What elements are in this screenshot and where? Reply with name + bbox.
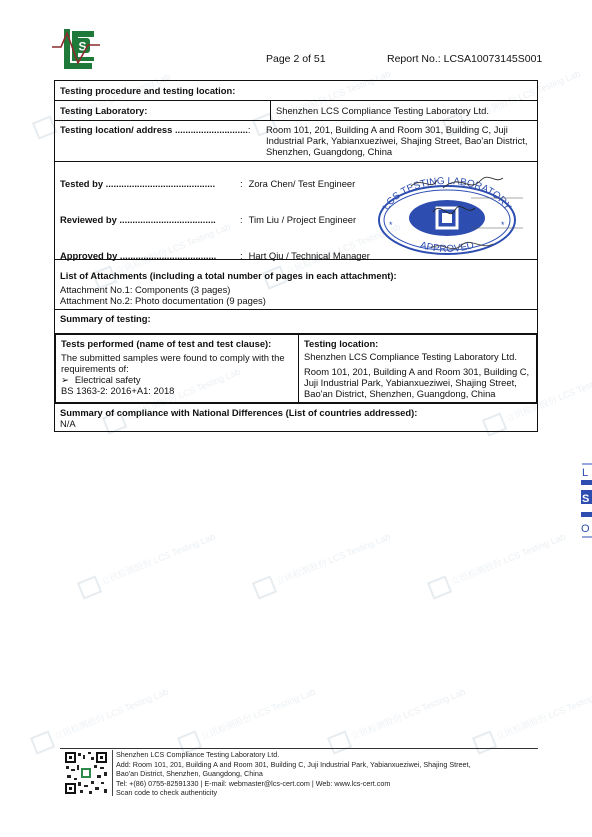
tests-performed-title: Tests performed (name of test and test c… <box>61 338 293 349</box>
footer-separator <box>112 750 113 796</box>
watermark: 立讯检测股份 LCS Testing Lab <box>177 683 319 754</box>
testing-location-summary-title: Testing location: <box>304 338 531 349</box>
watermark: 立讯检测股份 LCS Testing Lab <box>427 528 569 599</box>
tests-performed-text: The submitted samples were found to comp… <box>61 352 293 374</box>
summary-title: Summary of testing: <box>55 310 538 334</box>
tests-performed-standard: BS 1363-2: 2016+A1: 2018 <box>61 385 293 396</box>
signatures-block: Tested by ..............................… <box>55 162 538 260</box>
watermark: 立讯检测股份 LCS Testing Lab <box>30 683 172 754</box>
svg-text:L: L <box>582 467 588 479</box>
watermark: 立讯检测股份 LCS Testing Lab <box>77 528 219 599</box>
attachment-item: Attachment No.2: Photo documentation (9 … <box>60 295 532 306</box>
watermark: 立讯检测股份 LCS Testing Lab <box>327 683 469 754</box>
signature-tested-by: Tested by ..............................… <box>60 178 355 189</box>
approval-stamp: LCS TESTING LABORATORY APPROVED * * <box>371 170 523 256</box>
page-number: Page 2 of 51 <box>266 53 326 65</box>
footer-address-line2: Bao'an District, Shenzhen, Guangdong, Ch… <box>116 769 471 779</box>
footer-address-line1: Add: Room 101, 201, Building A and Room … <box>116 760 471 770</box>
section-title: Testing procedure and testing location: <box>55 81 538 101</box>
testing-location-label: Testing location/ address ..............… <box>60 124 260 157</box>
lcs-logo: S <box>52 27 102 71</box>
side-tab-fragment: L S O <box>580 462 592 542</box>
footer-scan-note: Scan code to check authenticity <box>116 788 471 798</box>
national-differences-value: N/A <box>60 418 532 429</box>
arrow-bullet-icon: ➢ <box>61 374 69 385</box>
testing-laboratory-label: Testing Laboratory: <box>55 101 271 121</box>
report-number: Report No.: LCSA10073145S001 <box>387 53 542 65</box>
footer-company: Shenzhen LCS Compliance Testing Laborato… <box>116 750 471 760</box>
signature-approved-by: Approved by ............................… <box>60 250 370 261</box>
attachments-title: List of Attachments (including a total n… <box>60 270 532 281</box>
qr-code[interactable] <box>64 751 108 795</box>
national-differences-title: Summary of compliance with National Diff… <box>60 407 532 418</box>
testing-location-summary-address: Room 101, 201, Building A and Room 301, … <box>304 366 531 399</box>
watermark: 立讯检测股份 LCS Testing Lab <box>472 683 592 754</box>
footer-contact-info: Tel: +(86) 0755-82591330 | E-mail: webma… <box>116 779 471 789</box>
footer-divider <box>60 748 538 749</box>
report-table: Testing procedure and testing location: … <box>54 80 538 432</box>
tests-performed-bullet: ➢Electrical safety <box>61 374 293 385</box>
testing-laboratory-value: Shenzhen LCS Compliance Testing Laborato… <box>271 101 538 121</box>
svg-text:O: O <box>581 523 590 535</box>
watermark: 立讯检测股份 LCS Testing Lab <box>252 528 394 599</box>
svg-text:*: * <box>501 220 505 230</box>
testing-location-value: Room 101, 201, Building A and Room 301, … <box>260 124 531 157</box>
svg-text:S: S <box>582 493 589 505</box>
svg-text:*: * <box>389 220 393 230</box>
attachment-item: Attachment No.1: Components (3 pages) <box>60 284 532 295</box>
testing-location-summary-lab: Shenzhen LCS Compliance Testing Laborato… <box>304 351 531 362</box>
footer-contact: Shenzhen LCS Compliance Testing Laborato… <box>116 750 471 798</box>
signature-reviewed-by: Reviewed by ............................… <box>60 214 356 225</box>
